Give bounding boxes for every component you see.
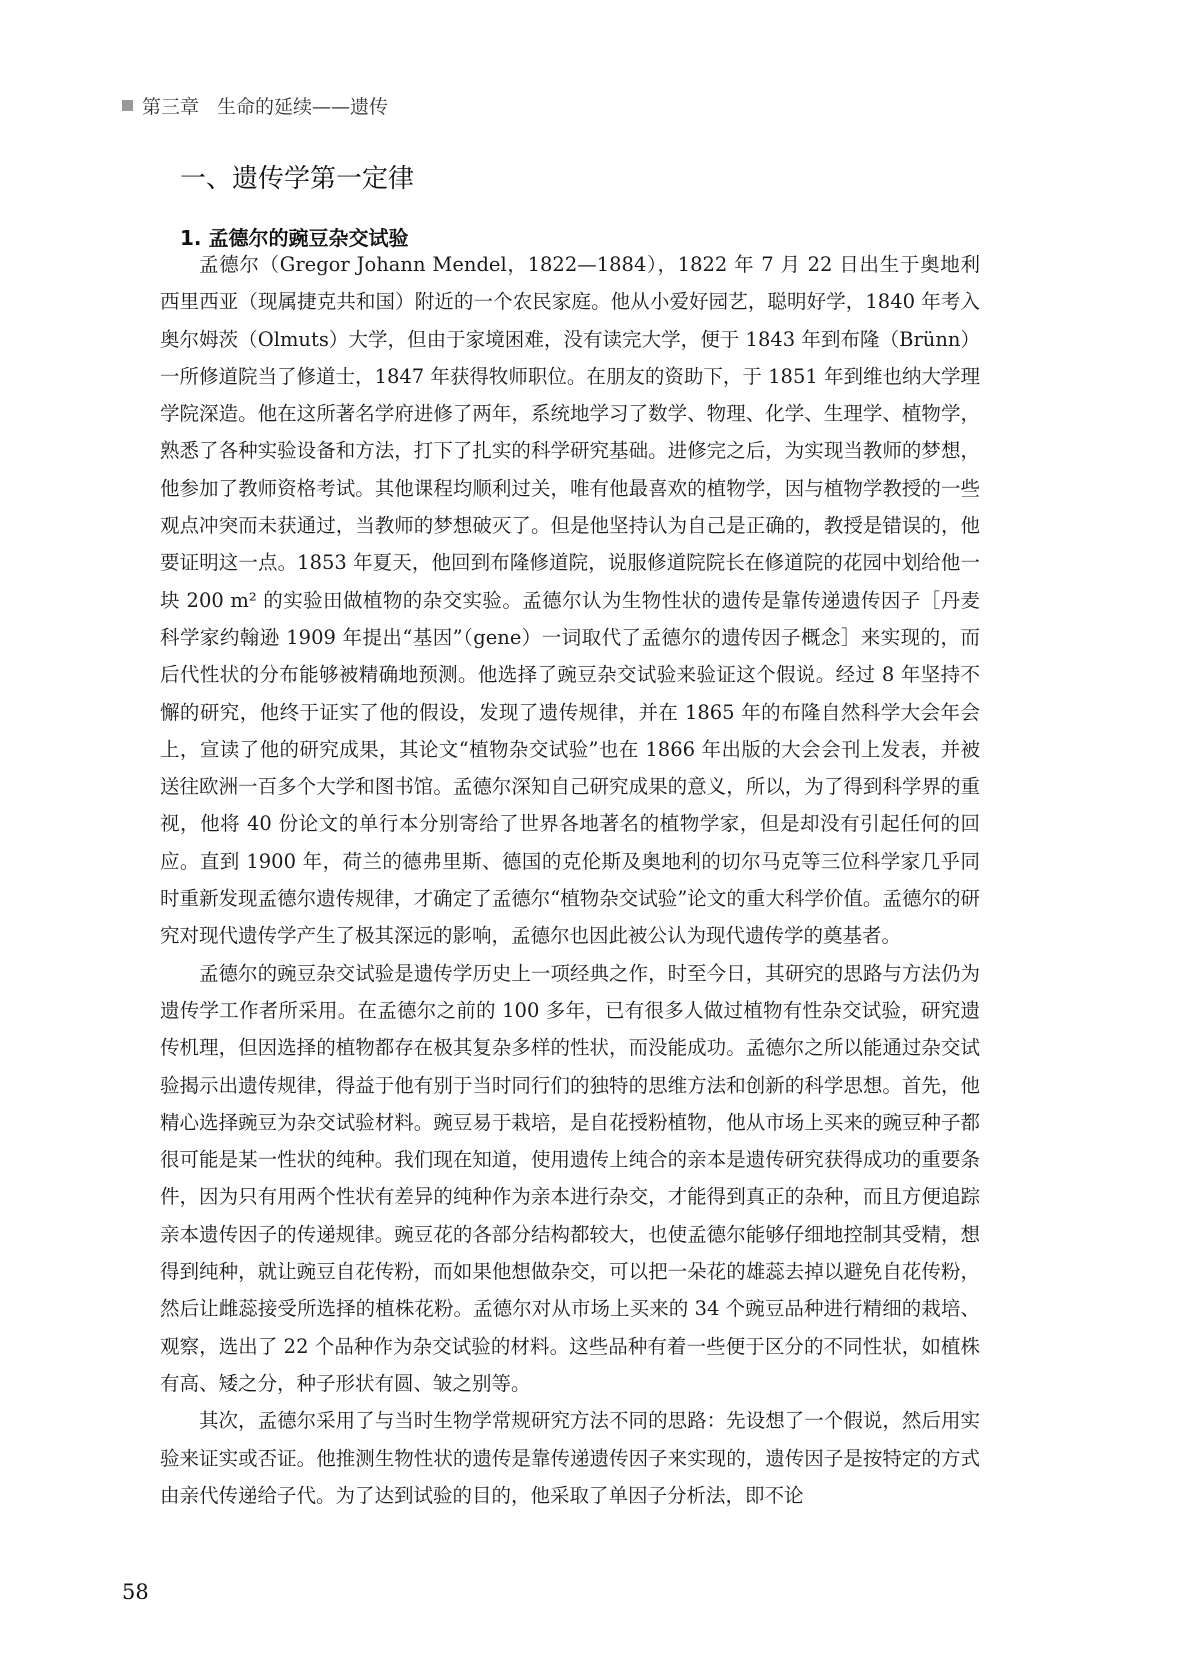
chapter-label: 第三章 <box>142 92 199 119</box>
paragraph: 孟德尔的豌豆杂交试验是遗传学历史上一项经典之作，时至今日，其研究的思路与方法仍为… <box>160 955 980 1403</box>
page-number: 58 <box>122 1580 149 1604</box>
square-bullet-icon <box>122 100 133 111</box>
chapter-title: 生命的延续——遗传 <box>217 92 388 119</box>
paragraph: 其次，孟德尔采用了与当时生物学常规研究方法不同的思路：先设想了一个假说，然后用实… <box>160 1402 980 1514</box>
running-head: 第三章 生命的延续——遗传 <box>122 92 388 119</box>
body-text: 孟德尔（Gregor Johann Mendel，1822—1884），1822… <box>160 246 980 1514</box>
section-title: 一、遗传学第一定律 <box>180 158 414 195</box>
paragraph: 孟德尔（Gregor Johann Mendel，1822—1884），1822… <box>160 246 980 955</box>
